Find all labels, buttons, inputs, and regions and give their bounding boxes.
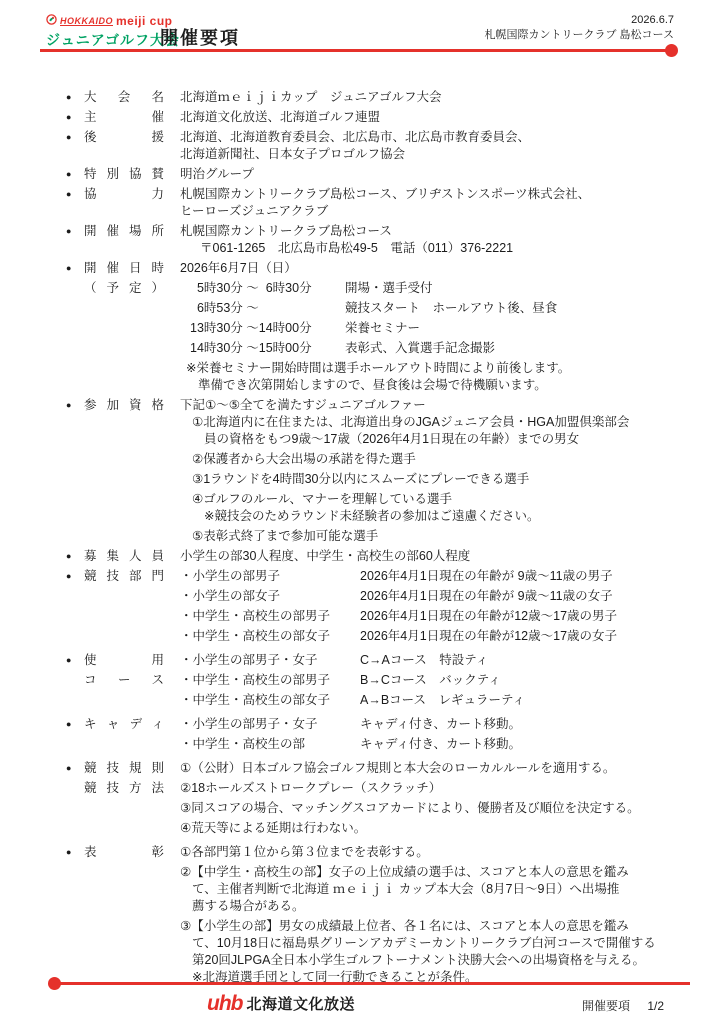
section-content: 札幌国際カントリークラブ島松コース〒061-1265 北広島市島松49-5 電話… — [180, 223, 704, 257]
section-label-line: 使用 — [84, 652, 164, 669]
content-col1: 5時30分 ～ 6時30分 — [190, 280, 345, 297]
bullet-marker-icon: ● — [66, 763, 71, 774]
bullet-marker-icon: ● — [66, 189, 71, 200]
content-col2: 開場・選手受付 — [345, 281, 433, 295]
content-line: 準備でき次第開始しますので、昼食後は会場で待機願います。 — [180, 377, 704, 394]
bullet-marker-icon: ● — [66, 263, 71, 274]
content-col2: 表彰式、入賞選手記念撮影 — [345, 341, 495, 355]
footer-broadcaster-logo: uhb 北海道文化放送 — [207, 993, 355, 1014]
section-label-line: 募集人員 — [84, 548, 164, 565]
content-line: ④荒天等による延期は行わない。 — [180, 820, 704, 837]
content-line: ②【中学生・高校生の部】女子の上位成績の選手は、スコアと本人の意思を鑑み — [180, 864, 704, 881]
content-col1: ・中学生・高校生の部女子 — [180, 628, 360, 645]
section-label-line: 大会名 — [84, 89, 164, 106]
content-col1: ・小学生の部男子・女子 — [180, 652, 360, 669]
bullet-marker-icon: ● — [66, 571, 71, 582]
footer-rule-dot — [48, 977, 61, 990]
content-line: 北海道、北海道教育委員会、北広島市、北広島市教育委員会、 — [180, 129, 704, 146]
section-label-line: 競技部門 — [84, 568, 164, 585]
section-label: 募集人員 — [84, 548, 164, 565]
content-line: ・小学生の部男子2026年4月1日現在の年齢が 9歳～11歳の男子 — [180, 568, 704, 585]
content-col1: ・中学生・高校生の部男子 — [180, 672, 360, 689]
content-col1: ・小学生の部女子 — [180, 588, 360, 605]
bullet-marker-icon: ● — [66, 112, 71, 123]
content-line: ③1ラウンドを4時間30分以内にスムーズにプレーできる選手 — [180, 471, 704, 488]
section-content: ・小学生の部男子2026年4月1日現在の年齢が 9歳～11歳の男子・小学生の部女… — [180, 568, 704, 645]
section-content: 下記①～⑤全てを満たすジュニアゴルファー①北海道内に在住または、北海道出身のJG… — [180, 397, 704, 545]
section-content: 北海道ｍｅｉｊｉカップ ジュニアゴルフ大会 — [180, 89, 704, 106]
section-row: ●協力札幌国際カントリークラブ島松コース、ブリヂストンスポーツ株式会社、ヒーロー… — [0, 186, 724, 220]
content-col2: キャディ付き、カート移動。 — [360, 717, 521, 731]
content-col1: 6時53分 ～ — [190, 300, 345, 317]
content-line: ・中学生・高校生の部キャディ付き、カート移動。 — [180, 736, 704, 753]
content-col2: 2026年4月1日現在の年齢が 9歳～11歳の男子 — [360, 569, 613, 583]
section-label-line: 主催 — [84, 109, 164, 126]
footer-doc-label: 開催要項 — [582, 999, 630, 1013]
content-line: ・小学生の部女子2026年4月1日現在の年齢が 9歳～11歳の女子 — [180, 588, 704, 605]
content-col1: ・小学生の部男子 — [180, 568, 360, 585]
header-divider-rule — [40, 49, 674, 52]
header-rule-dot — [665, 44, 678, 57]
section-row: ●競技部門・小学生の部男子2026年4月1日現在の年齢が 9歳～11歳の男子・小… — [0, 568, 724, 645]
content-col2: 2026年4月1日現在の年齢が12歳～17歳の男子 — [360, 609, 617, 623]
section-label: 開催場所 — [84, 223, 164, 240]
content-line: て、主催者判断で北海道 ｍｅｉｊｉ カップ本大会（8月7日～9日）へ出場推 — [180, 881, 704, 898]
section-label-line: 参加資格 — [84, 397, 164, 414]
content-line: ・小学生の部男子・女子C→Aコース 特設ティ — [180, 652, 704, 669]
content-col2: 競技スタート ホールアウト後、昼食 — [345, 301, 557, 315]
section-label-line: 協力 — [84, 186, 164, 203]
content-col2: 2026年4月1日現在の年齢が 9歳～11歳の女子 — [360, 589, 613, 603]
content-line: 下記①～⑤全てを満たすジュニアゴルファー — [180, 397, 704, 414]
content-line: 明治グループ — [180, 166, 704, 183]
document-page: HOKKAIDO meiji cup ジュニアゴルフ大会 開催要項 2026.6… — [0, 0, 724, 1024]
content-line: 員の資格をもつ9歳～17歳（2026年4月1日現在の年齢）までの男女 — [180, 431, 704, 448]
section-content: 明治グループ — [180, 166, 704, 183]
content-line: 札幌国際カントリークラブ島松コース、ブリヂストンスポーツ株式会社、 — [180, 186, 704, 203]
broadcaster-name: 北海道文化放送 — [246, 993, 355, 1014]
section-label: 表彰 — [84, 844, 164, 861]
section-row: ●開催日時（予定）2026年6月7日（日） 5時30分 ～ 6時30分開場・選手… — [0, 260, 724, 394]
section-row: ●開催場所札幌国際カントリークラブ島松コース〒061-1265 北広島市島松49… — [0, 223, 724, 257]
content-col1: ・小学生の部男子・女子 — [180, 716, 360, 733]
content-col1: ・中学生・高校生の部 — [180, 736, 360, 753]
section-row: ●主催北海道文化放送、北海道ゴルフ連盟 — [0, 109, 724, 126]
content-col2: C→Aコース 特設ティ — [360, 653, 488, 667]
section-label-line: 競技方法 — [84, 780, 164, 797]
section-content: 北海道文化放送、北海道ゴルフ連盟 — [180, 109, 704, 126]
content-col1: ・中学生・高校生の部男子 — [180, 608, 360, 625]
section-row: ●使用コース・小学生の部男子・女子C→Aコース 特設ティ・中学生・高校生の部男子… — [0, 652, 724, 709]
section-content: ①各部門第１位から第３位までを表彰する。②【中学生・高校生の部】女子の上位成績の… — [180, 844, 704, 986]
hokkaido-emblem-icon — [46, 13, 57, 29]
section-label: 参加資格 — [84, 397, 164, 414]
content-line: ①北海道内に在住または、北海道出身のJGAジュニア会員・HGA加盟倶楽部会 — [180, 414, 704, 431]
content-line: ⑤表彰式終了まで参加可能な選手 — [180, 528, 704, 545]
content-line: 〒061-1265 北広島市島松49-5 電話（011）376-2221 — [180, 240, 704, 257]
content-line: ・中学生・高校生の部女子A→Bコース レギュラーティ — [180, 692, 704, 709]
bullet-marker-icon: ● — [66, 169, 71, 180]
document-body: ●大会名北海道ｍｅｉｊｉカップ ジュニアゴルフ大会●主催北海道文化放送、北海道ゴ… — [0, 86, 724, 986]
content-line: 13時30分 ～14時00分栄養セミナー — [180, 320, 704, 337]
content-line: ②18ホールズストロークプレー（スクラッチ） — [180, 780, 704, 797]
section-label: 競技規則競技方法 — [84, 760, 164, 797]
content-line: 第20回JLPGA全日本小学生ゴルフトーナメント決勝大会への出場資格を与える。 — [180, 952, 704, 969]
content-line: 札幌国際カントリークラブ島松コース — [180, 223, 704, 240]
bullet-marker-icon: ● — [66, 719, 71, 730]
section-label-line: （予定） — [84, 280, 164, 297]
bullet-marker-icon: ● — [66, 92, 71, 103]
section-row: ●表彰①各部門第１位から第３位までを表彰する。②【中学生・高校生の部】女子の上位… — [0, 844, 724, 986]
content-line: 北海道新聞社、日本女子プロゴルフ協会 — [180, 146, 704, 163]
section-label: 協力 — [84, 186, 164, 203]
content-line: ③【小学生の部】男女の成績最上位者、各１名には、スコアと本人の意思を鑑み — [180, 918, 704, 935]
section-label: キャディ — [84, 716, 164, 733]
content-col2: 2026年4月1日現在の年齢が12歳～17歳の女子 — [360, 629, 617, 643]
footer-divider-rule — [52, 982, 690, 985]
section-content: ①（公財）日本ゴルフ協会ゴルフ規則と本大会のローカルルールを適用する。②18ホー… — [180, 760, 704, 837]
content-line: 14時30分 ～15時00分表彰式、入賞選手記念撮影 — [180, 340, 704, 357]
content-line: 2026年6月7日（日） — [180, 260, 704, 277]
section-label: 主催 — [84, 109, 164, 126]
content-line: ・中学生・高校生の部男子B→Cコース バックティ — [180, 672, 704, 689]
bullet-marker-icon: ● — [66, 655, 71, 666]
content-line: て、10月18日に福島県グリーンアカデミーカントリークラブ白河コースで開催する — [180, 935, 704, 952]
content-line: ③同スコアの場合、マッチングスコアカードにより、優勝者及び順位を決定する。 — [180, 800, 704, 817]
bullet-marker-icon: ● — [66, 132, 71, 143]
content-line: 5時30分 ～ 6時30分開場・選手受付 — [180, 280, 704, 297]
content-col1: ・中学生・高校生の部女子 — [180, 692, 360, 709]
section-row: ●大会名北海道ｍｅｉｊｉカップ ジュニアゴルフ大会 — [0, 89, 724, 106]
section-label: 大会名 — [84, 89, 164, 106]
content-line: ・中学生・高校生の部男子2026年4月1日現在の年齢が12歳～17歳の男子 — [180, 608, 704, 625]
content-line: 小学生の部30人程度、中学生・高校生の部60人程度 — [180, 548, 704, 565]
content-line: 北海道ｍｅｉｊｉカップ ジュニアゴルフ大会 — [180, 89, 704, 106]
section-label: 競技部門 — [84, 568, 164, 585]
section-label-line: 特別協賛 — [84, 166, 164, 183]
section-label: 使用コース — [84, 652, 164, 689]
content-line: ②保護者から大会出場の承諾を得た選手 — [180, 451, 704, 468]
bullet-marker-icon: ● — [66, 226, 71, 237]
content-line: 北海道文化放送、北海道ゴルフ連盟 — [180, 109, 704, 126]
content-line: ④ゴルフのルール、マナーを理解している選手 — [180, 491, 704, 508]
footer-page-info: 開催要項 1/2 — [582, 997, 664, 1014]
content-line: ①（公財）日本ゴルフ協会ゴルフ規則と本大会のローカルルールを適用する。 — [180, 760, 704, 777]
section-row: ●競技規則競技方法①（公財）日本ゴルフ協会ゴルフ規則と本大会のローカルルールを適… — [0, 760, 724, 837]
uhb-logo: uhb — [207, 994, 242, 1014]
section-label-line: キャディ — [84, 716, 164, 733]
content-col1: 13時30分 ～14時00分 — [190, 320, 345, 337]
content-line: ※競技会のためラウンド未経験者の参加はご遠慮ください。 — [180, 508, 704, 525]
section-label-line: 競技規則 — [84, 760, 164, 777]
bullet-marker-icon: ● — [66, 551, 71, 562]
section-content: 北海道、北海道教育委員会、北広島市、北広島市教育委員会、北海道新聞社、日本女子プ… — [180, 129, 704, 163]
logo-hokkaido-text: HOKKAIDO — [60, 17, 113, 26]
content-line: ヒーローズジュニアクラブ — [180, 203, 704, 220]
section-label: 開催日時（予定） — [84, 260, 164, 297]
section-row: ●キャディ・小学生の部男子・女子キャディ付き、カート移動。・中学生・高校生の部キ… — [0, 716, 724, 753]
section-label-line: 開催場所 — [84, 223, 164, 240]
page-title: 開催要項 — [160, 24, 240, 50]
event-date: 2026.6.7 — [484, 13, 674, 28]
section-label-line: 表彰 — [84, 844, 164, 861]
header-date-venue: 2026.6.7 札幌国際カントリークラブ 島松コース — [484, 13, 674, 43]
bullet-marker-icon: ● — [66, 847, 71, 858]
section-label-line: コース — [84, 672, 164, 689]
section-row: ●参加資格下記①～⑤全てを満たすジュニアゴルファー①北海道内に在住または、北海道… — [0, 397, 724, 545]
section-content: 札幌国際カントリークラブ島松コース、ブリヂストンスポーツ株式会社、ヒーローズジュ… — [180, 186, 704, 220]
section-content: 2026年6月7日（日） 5時30分 ～ 6時30分開場・選手受付 6時53分 … — [180, 260, 704, 394]
content-col2: B→Cコース バックティ — [360, 673, 501, 687]
section-label-line: 開催日時 — [84, 260, 164, 277]
content-line: ※栄養セミナー開始時間は選手ホールアウト時間により前後します。 — [180, 360, 704, 377]
content-line: ・小学生の部男子・女子キャディ付き、カート移動。 — [180, 716, 704, 733]
section-label: 後援 — [84, 129, 164, 146]
content-line: ①各部門第１位から第３位までを表彰する。 — [180, 844, 704, 861]
page-number: 1/2 — [647, 999, 664, 1013]
content-col2: 栄養セミナー — [345, 321, 420, 335]
content-line: 6時53分 ～競技スタート ホールアウト後、昼食 — [180, 300, 704, 317]
content-line: ・中学生・高校生の部女子2026年4月1日現在の年齢が12歳～17歳の女子 — [180, 628, 704, 645]
section-content: ・小学生の部男子・女子C→Aコース 特設ティ・中学生・高校生の部男子B→Cコース… — [180, 652, 704, 709]
content-col1: 14時30分 ～15時00分 — [190, 340, 345, 357]
section-row: ●特別協賛明治グループ — [0, 166, 724, 183]
section-label: 特別協賛 — [84, 166, 164, 183]
section-label-line: 後援 — [84, 129, 164, 146]
bullet-marker-icon: ● — [66, 400, 71, 411]
section-row: ●後援北海道、北海道教育委員会、北広島市、北広島市教育委員会、北海道新聞社、日本… — [0, 129, 724, 163]
content-line: 薦する場合がある。 — [180, 898, 704, 915]
section-content: ・小学生の部男子・女子キャディ付き、カート移動。・中学生・高校生の部キャディ付き… — [180, 716, 704, 753]
content-col2: キャディ付き、カート移動。 — [360, 737, 521, 751]
event-venue: 札幌国際カントリークラブ 島松コース — [484, 28, 674, 43]
content-col2: A→Bコース レギュラーティ — [360, 693, 525, 707]
section-content: 小学生の部30人程度、中学生・高校生の部60人程度 — [180, 548, 704, 565]
section-row: ●募集人員小学生の部30人程度、中学生・高校生の部60人程度 — [0, 548, 724, 565]
